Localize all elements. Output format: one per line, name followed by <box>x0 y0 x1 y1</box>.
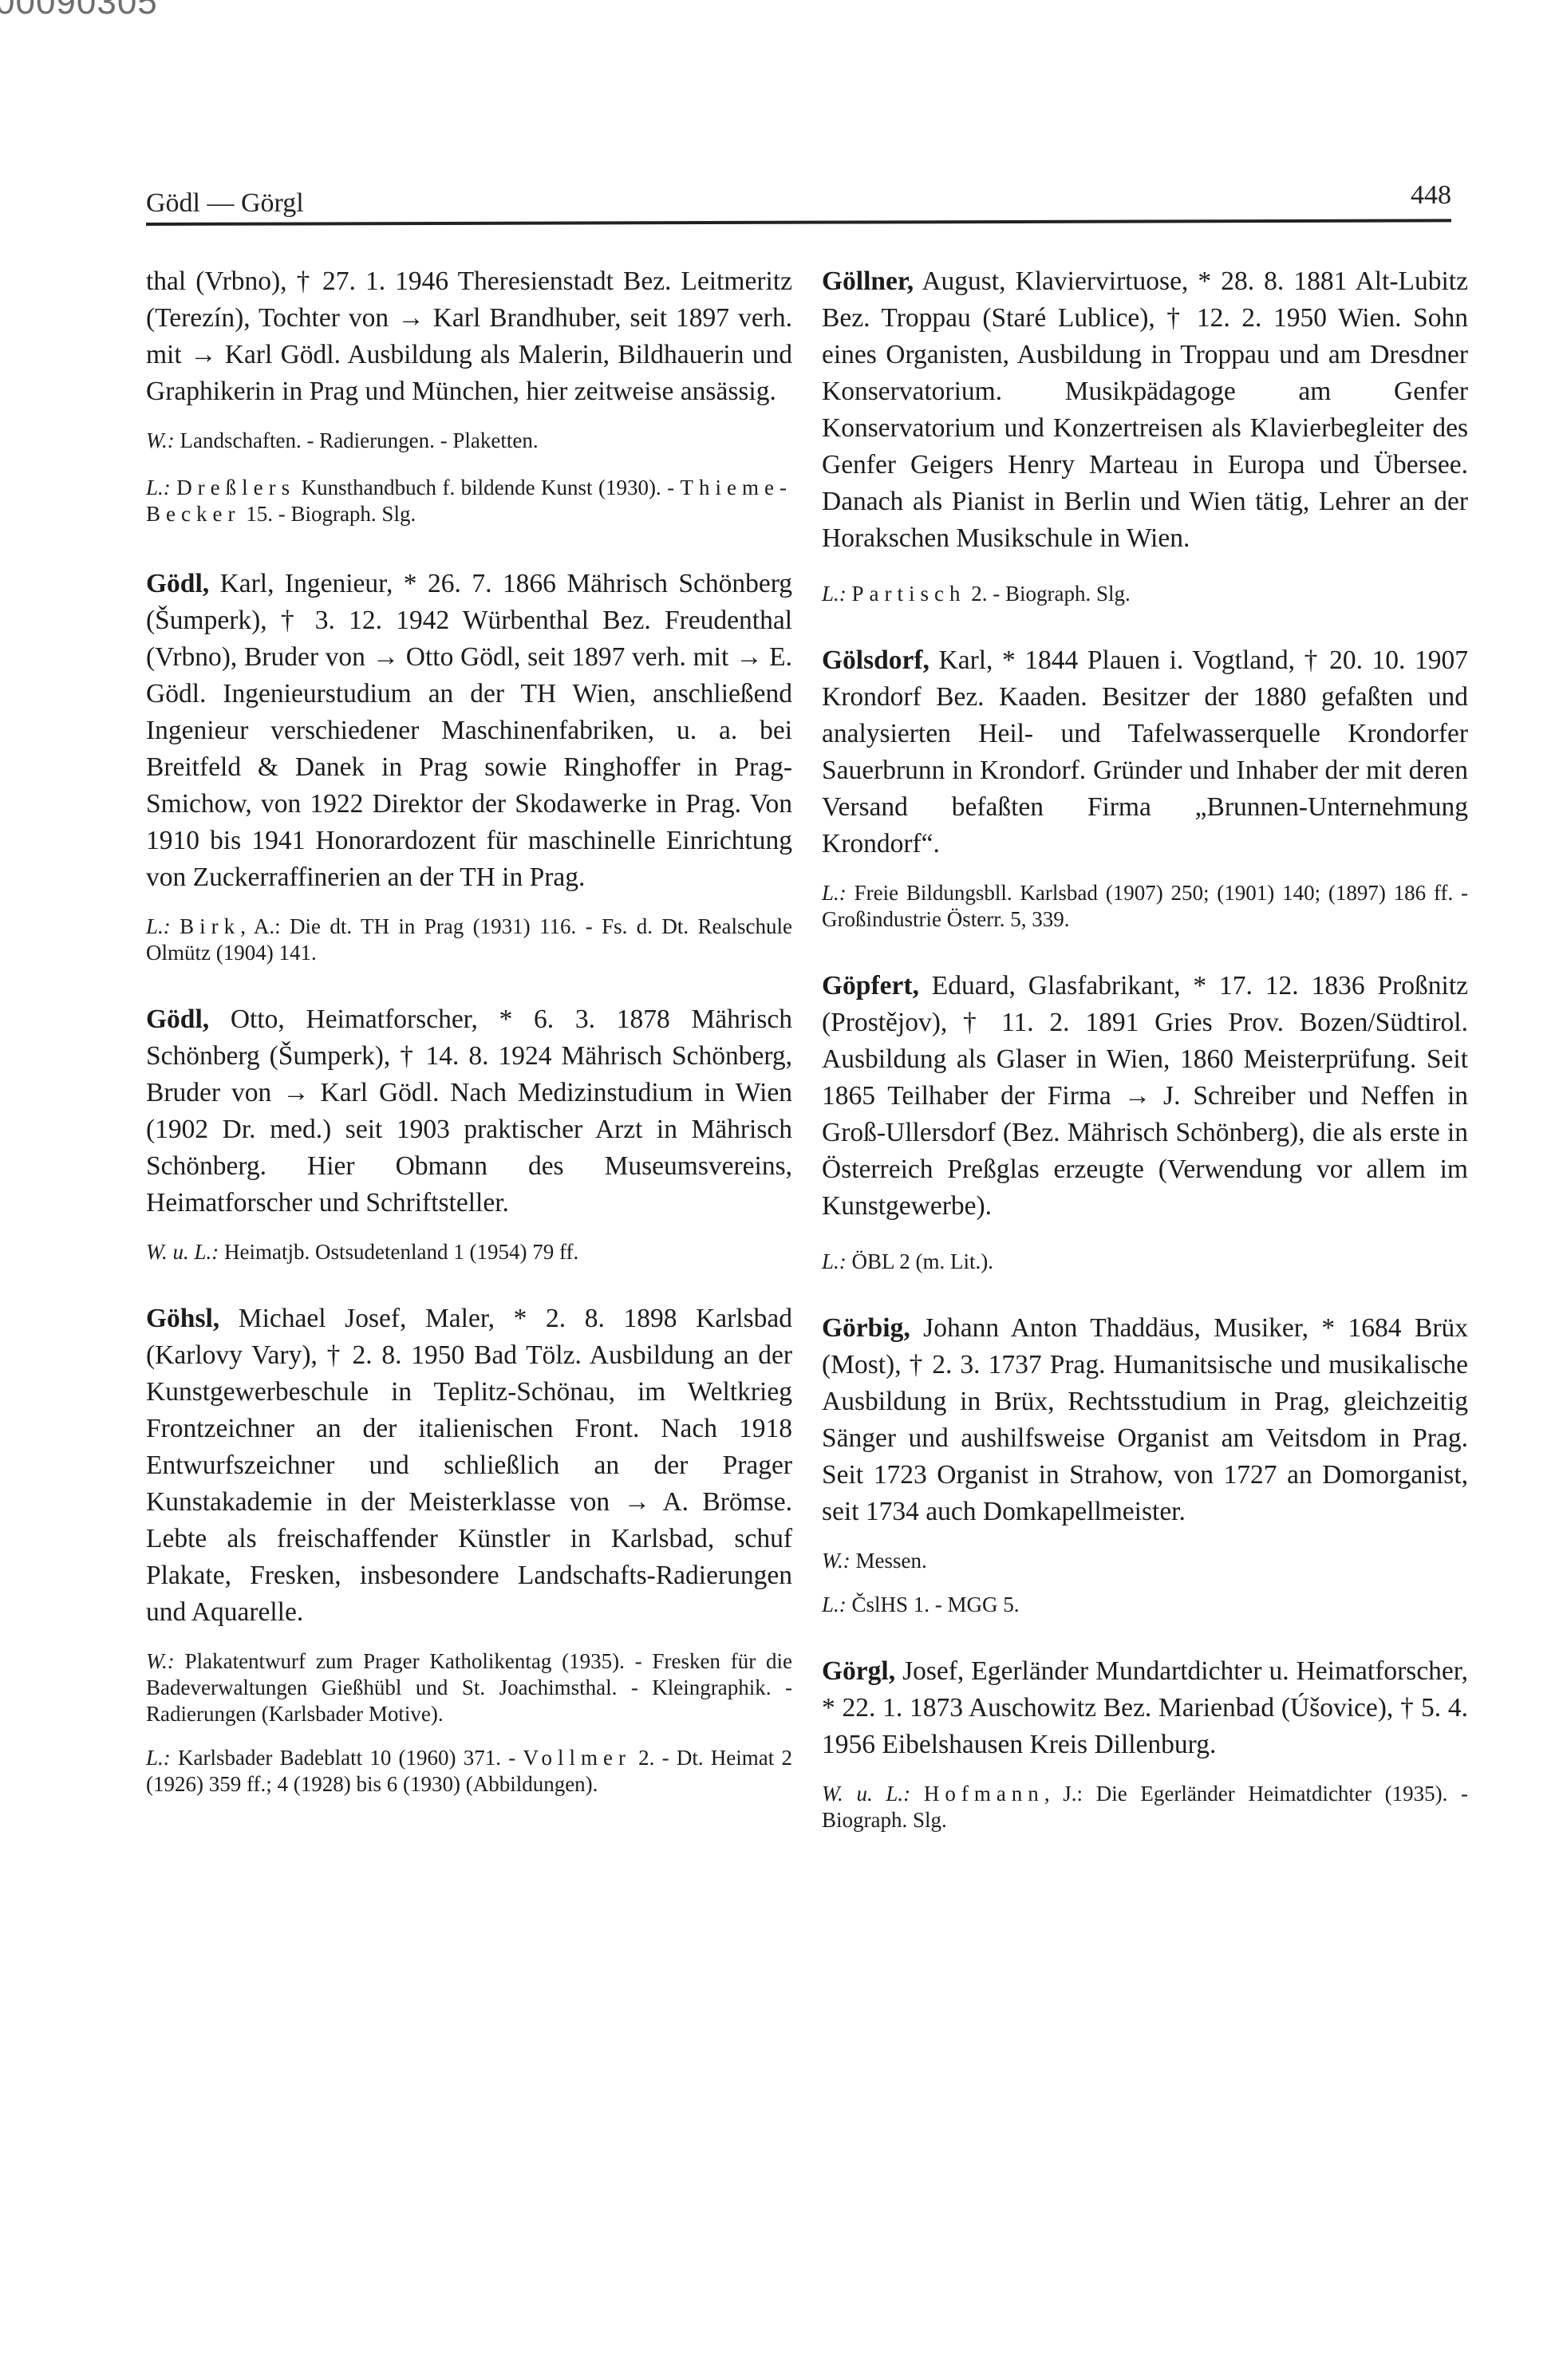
literature-text: , A.: Die dt. TH in Prag (1931) 116. - F… <box>146 914 792 965</box>
works-literature-reference: W. u. L.: Hofmann, J.: Die Egerländer He… <box>822 1781 1468 1833</box>
left-column: thal (Vrbno), † 27. 1. 1946 Theresiensta… <box>146 263 792 1833</box>
works-literature-reference: W. u. L.: Heimatjb. Ostsudetenland 1 (19… <box>146 1239 792 1265</box>
entry-lemma: Görbig, <box>822 1313 910 1343</box>
running-head: Gödl — Görgl 448 <box>146 180 1451 225</box>
literature-author: Hofmann <box>924 1782 1044 1806</box>
entry-goergl-josef: Görgl, Josef, Egerländer Mundartdichter … <box>822 1653 1468 1833</box>
literature-tag: W. u. L.: <box>822 1782 910 1806</box>
works-tag: W.: <box>146 428 175 452</box>
literature-text: , J.: Die Egerländer Heimatdichter (1935… <box>822 1782 1468 1832</box>
works-text: Messen. <box>856 1549 927 1573</box>
literature-text: ÖBL 2 (m. Lit.). <box>852 1249 993 1273</box>
works-text: Landschaften. - Radierungen. - Plaketten… <box>180 428 539 452</box>
literature-author: Birk <box>180 914 240 938</box>
works-text: Plakatentwurf zum Prager Katholikentag (… <box>146 1649 792 1726</box>
literature-reference: L.: Birk, A.: Die dt. TH in Prag (1931) … <box>146 914 792 966</box>
literature-tag: L.: <box>822 881 847 905</box>
entry-body: Otto, Heimatforscher, * 6. 3. 1878 Mähri… <box>146 1004 792 1218</box>
entry-lemma: Gödl, <box>146 569 209 598</box>
entry-goerbig-johann: Görbig, Johann Anton Thaddäus, Musiker, … <box>822 1310 1468 1618</box>
entry-body: Josef, Egerländer Mundartdichter u. Heim… <box>822 1656 1468 1759</box>
literature-reference: L.: ČslHS 1. - MGG 5. <box>822 1592 1468 1618</box>
entry-goehsl-michael: Göhsl, Michael Josef, Maler, * 2. 8. 189… <box>146 1301 792 1798</box>
entry-body: Johann Anton Thaddäus, Musiker, * 1684 B… <box>822 1313 1468 1526</box>
entry-lemma: Gölsdorf, <box>822 645 930 675</box>
literature-tag: L.: <box>146 476 171 499</box>
entry-body: thal (Vrbno), † 27. 1. 1946 Theresiensta… <box>146 263 792 410</box>
page-title: Gödl — Görgl <box>146 188 304 219</box>
entry-body: Karl, Ingenieur, * 26. 7. 1866 Mährisch … <box>146 569 792 892</box>
entry-body: August, Klaviervirtuose, * 28. 8. 1881 A… <box>822 266 1468 553</box>
literature-tag: W. u. L.: <box>146 1240 219 1264</box>
literature-text: Karlsbader Badeblatt 10 (1960) 371. - <box>178 1746 523 1770</box>
literature-tag: L.: <box>146 914 171 938</box>
entry-goedl-otto: Gödl, Otto, Heimatforscher, * 6. 3. 1878… <box>146 1001 792 1265</box>
literature-tag: L.: <box>146 1746 171 1770</box>
page-number: 448 <box>1411 180 1451 211</box>
literature-text: Freie Bildungsbll. Karlsbad (1907) 250; … <box>822 881 1468 931</box>
right-column: Göllner, August, Klaviervirtuose, * 28. … <box>822 263 1468 1869</box>
entry-lemma: Göpfert, <box>822 971 919 1001</box>
works-tag: W.: <box>146 1649 175 1673</box>
literature-author: Dreßlers <box>176 476 295 499</box>
entry-body: Eduard, Glasfabrikant, * 17. 12. 1836 Pr… <box>822 971 1468 1221</box>
literature-reference: L.: Karlsbader Badeblatt 10 (1960) 371. … <box>146 1745 792 1798</box>
entry-body: Karl, * 1844 Plauen i. Vogtland, † 20. 1… <box>822 645 1468 858</box>
works-tag: W.: <box>822 1549 851 1573</box>
scan-id-label: 00090305 <box>0 0 158 22</box>
entry-lemma: Görgl, <box>822 1656 895 1686</box>
entry-goellner-august: Göllner, August, Klaviervirtuose, * 28. … <box>822 263 1468 607</box>
entry-lemma: Göhsl, <box>146 1304 219 1333</box>
literature-text: ČslHS 1. - MGG 5. <box>852 1593 1020 1616</box>
works-reference: W.: Messen. <box>822 1548 1468 1574</box>
literature-tag: L.: <box>822 582 847 606</box>
works-reference: W.: Landschaften. - Radierungen. - Plake… <box>146 428 792 454</box>
literature-reference: L.: Freie Bildungsbll. Karlsbad (1907) 2… <box>822 880 1468 933</box>
entry-continuation: thal (Vrbno), † 27. 1. 1946 Theresiensta… <box>146 263 792 527</box>
entry-goepfert-eduard: Göpfert, Eduard, Glasfabrikant, * 17. 12… <box>822 968 1468 1275</box>
literature-text: Heimatjb. Ostsudetenland 1 (1954) 79 ff. <box>224 1240 578 1264</box>
literature-author: Vollmer <box>523 1746 631 1770</box>
literature-tag: L.: <box>822 1249 847 1273</box>
entry-body: Michael Josef, Maler, * 2. 8. 1898 Karls… <box>146 1304 792 1627</box>
entry-goelsdorf-karl: Gölsdorf, Karl, * 1844 Plauen i. Vogtlan… <box>822 642 1468 933</box>
works-reference: W.: Plakatentwurf zum Prager Katholikent… <box>146 1648 792 1727</box>
literature-text: Kunsthandbuch f. bildende Kunst (1930). … <box>295 476 680 499</box>
literature-reference: L.: Partisch 2. - Biograph. Slg. <box>822 581 1468 607</box>
literature-text: 2. - Biograph. Slg. <box>966 582 1131 606</box>
entry-goedl-karl: Gödl, Karl, Ingenieur, * 26. 7. 1866 Mäh… <box>146 566 792 966</box>
entry-lemma: Gödl, <box>146 1004 209 1034</box>
literature-reference: L.: Dreßlers Kunsthandbuch f. bildende K… <box>146 475 792 527</box>
entry-lemma: Göllner, <box>822 266 914 296</box>
literature-text: 15. - Biograph. Slg. <box>240 502 416 526</box>
literature-author: Partisch <box>852 582 966 606</box>
literature-tag: L.: <box>822 1593 847 1616</box>
literature-reference: L.: ÖBL 2 (m. Lit.). <box>822 1249 1468 1275</box>
